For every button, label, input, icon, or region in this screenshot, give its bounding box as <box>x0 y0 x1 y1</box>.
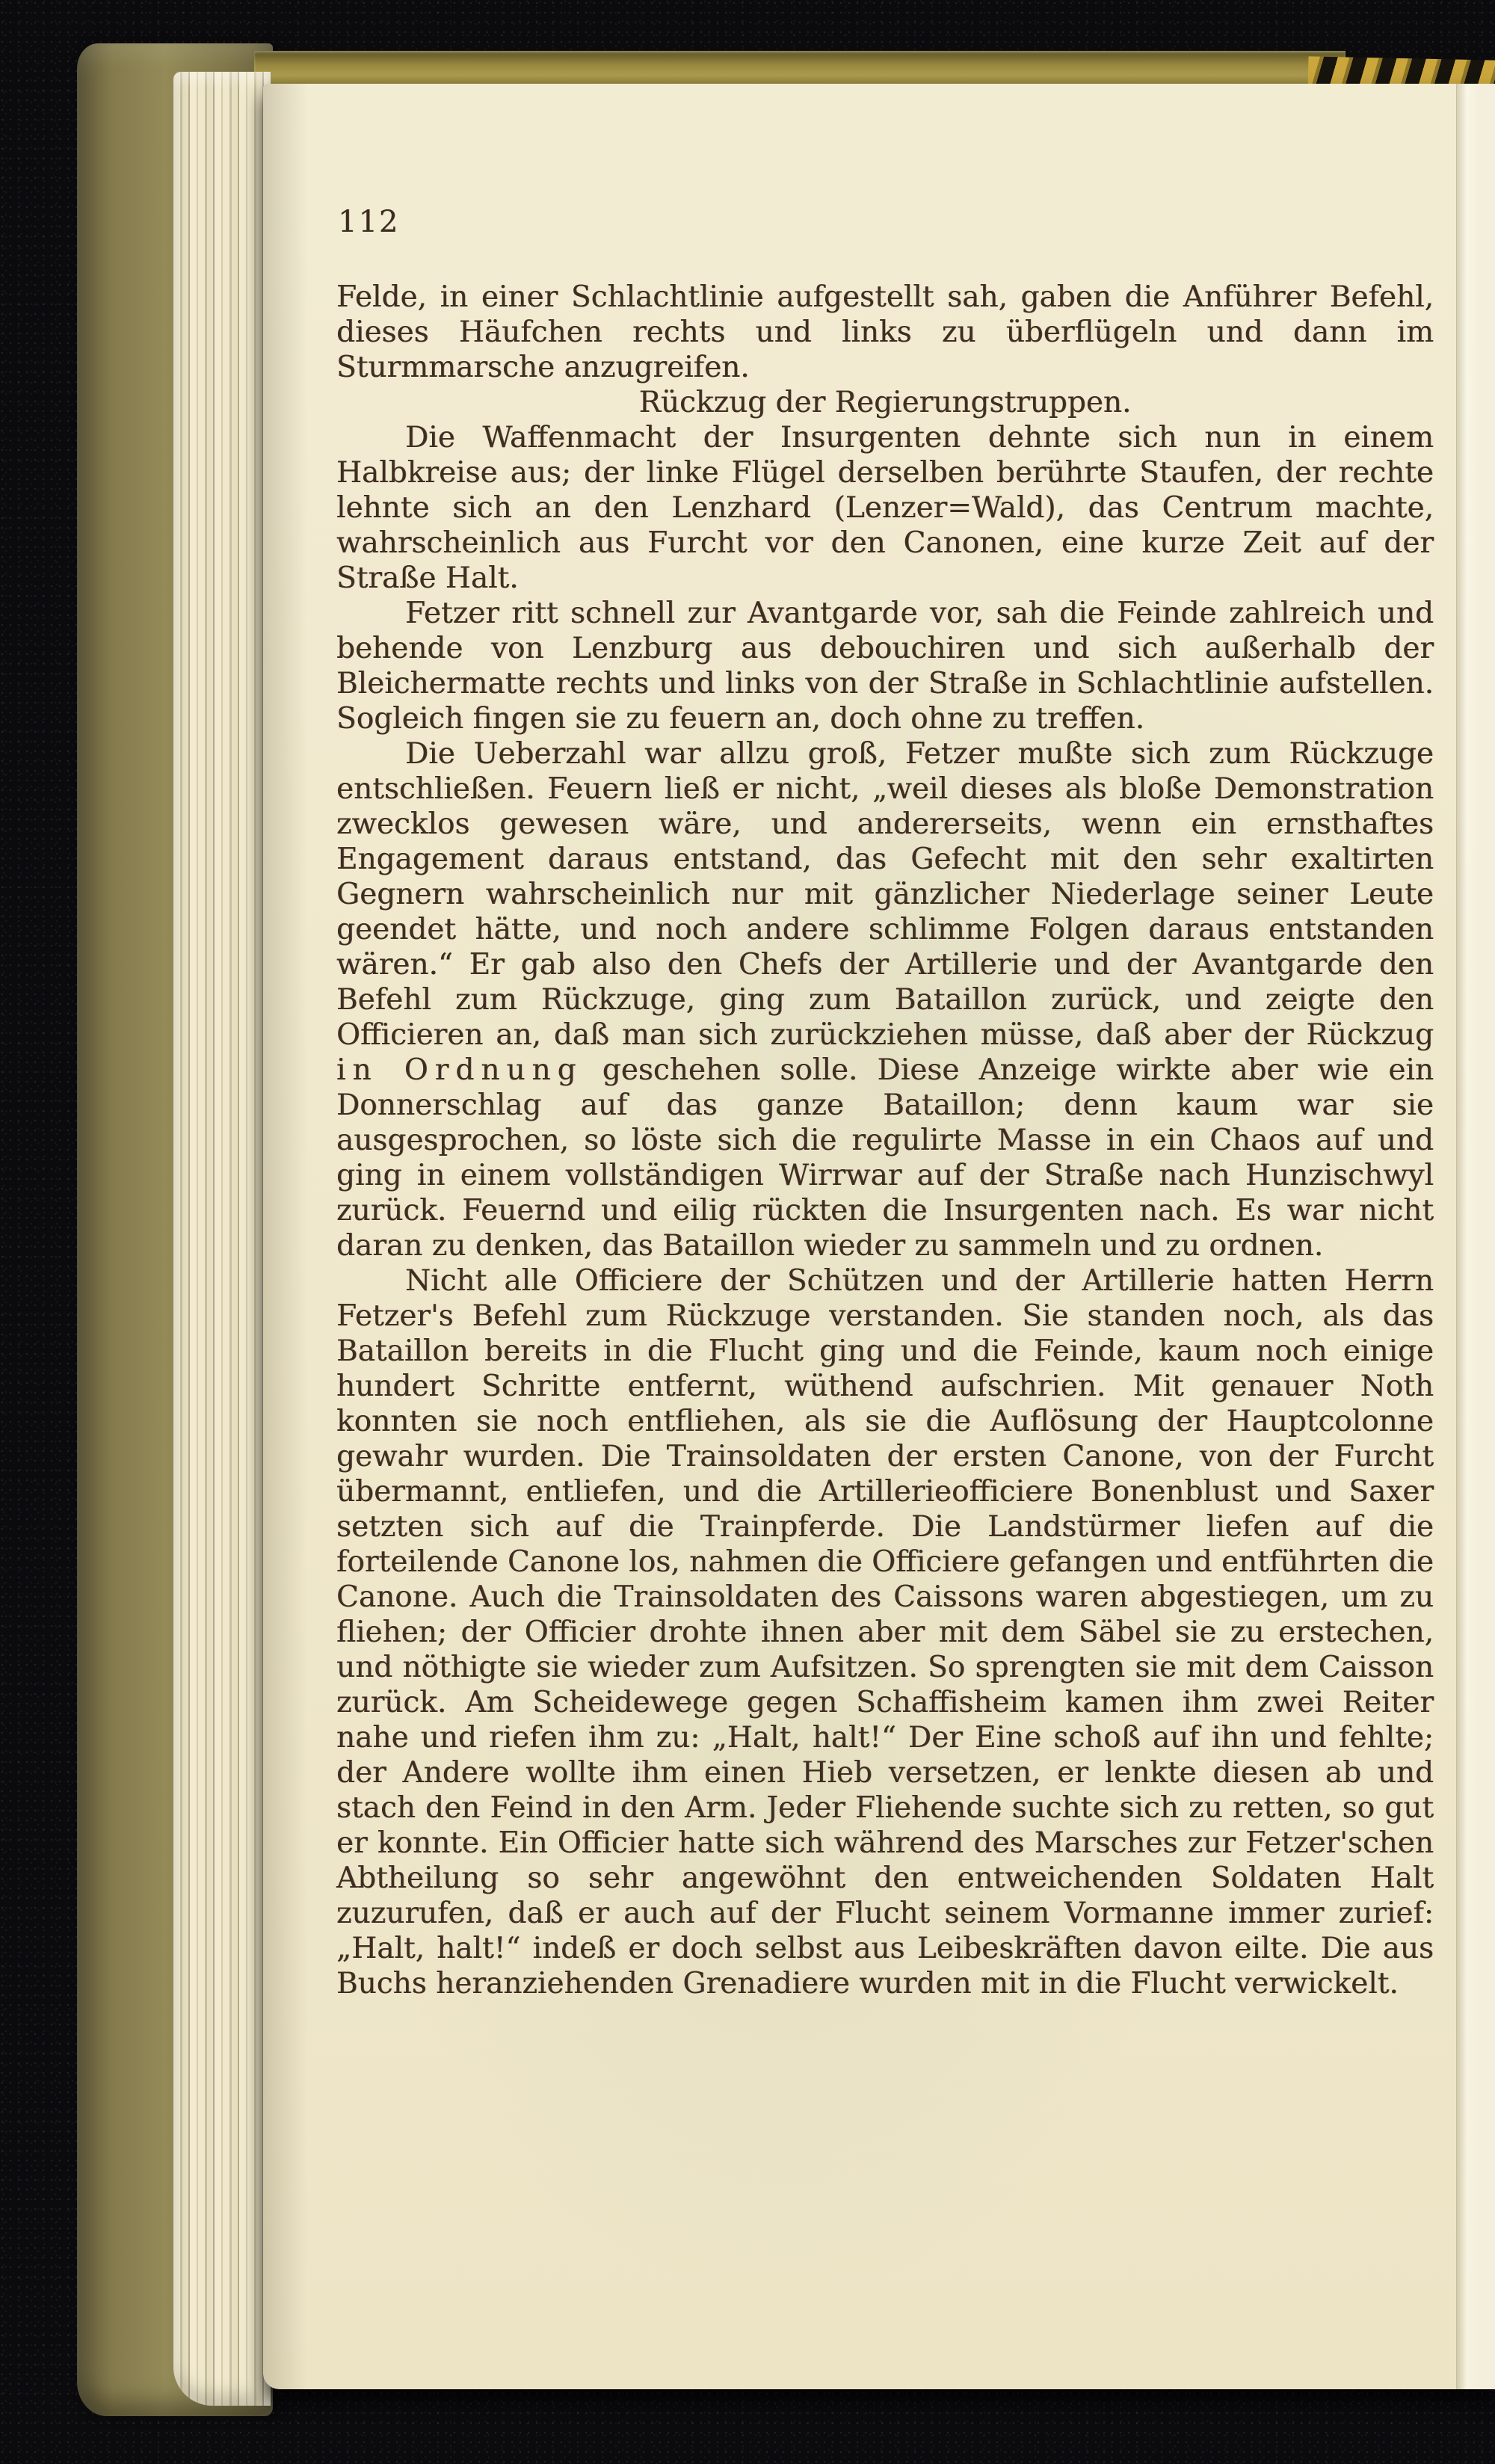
page-number: 112 <box>338 205 399 239</box>
paragraph: Die Ueberzahl war allzu groß, Fetzer muß… <box>336 736 1434 1263</box>
paragraph: Nicht alle Officiere der Schützen und de… <box>336 1263 1434 2001</box>
book-page: 112 Felde, in einer Schlachtlinie aufges… <box>263 84 1495 2389</box>
section-heading: Rückzug der Regierungstruppen. <box>336 385 1434 420</box>
paragraph: Felde, in einer Schlachtlinie aufgestell… <box>336 280 1434 385</box>
gutter-shadow <box>263 84 315 2389</box>
page-edge-stack <box>173 72 271 2406</box>
text-block: Felde, in einer Schlachtlinie aufgestell… <box>336 280 1434 2001</box>
page-crease <box>1456 84 1495 2389</box>
paragraph: Die Waffenmacht der Insurgenten dehnte s… <box>336 420 1434 596</box>
letter-spaced-text: in Ordnung <box>336 1053 583 1087</box>
paragraph: Fetzer ritt schnell zur Avantgarde vor, … <box>336 596 1434 736</box>
book-scan-photo: 112 Felde, in einer Schlachtlinie aufges… <box>0 0 1495 2464</box>
